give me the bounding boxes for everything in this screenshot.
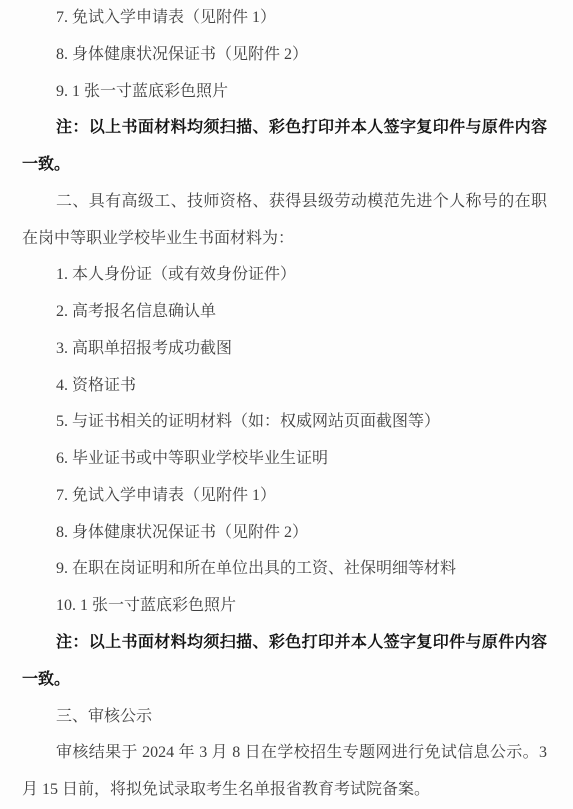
section-heading-3: 三、审核公示 (22, 699, 547, 736)
note-line-2: 注：以上书面材料均须扫描、彩色打印并本人签字复印件与原件内容 (22, 625, 547, 662)
note-line-2-continued: 一致。 (22, 662, 547, 699)
note-line-1-continued: 一致。 (22, 147, 547, 184)
sec2-item-5: 5. 与证书相关的证明材料（如：权威网站页面截图等） (22, 404, 547, 441)
document-page: 7. 免试入学申请表（见附件 1） 8. 身体健康状况保证书（见附件 2） 9.… (0, 0, 573, 809)
section-heading-2: 二、具有高级工、技师资格、获得县级劳动模范先进个人称号的在职 (22, 184, 547, 221)
sec2-item-8: 8. 身体健康状况保证书（见附件 2） (22, 515, 547, 552)
review-paragraph-line-2: 月 15 日前，将拟免试录取考生名单报省教育考试院备案。 (22, 772, 547, 809)
sec1-item-7: 7. 免试入学申请表（见附件 1） (22, 0, 547, 37)
sec2-item-1: 1. 本人身份证（或有效身份证件） (22, 257, 547, 294)
note-line-1: 注：以上书面材料均须扫描、彩色打印并本人签字复印件与原件内容 (22, 110, 547, 147)
sec2-item-3: 3. 高职单招报考成功截图 (22, 331, 547, 368)
sec1-item-9: 9. 1 张一寸蓝底彩色照片 (22, 74, 547, 111)
section-heading-2-continued: 在岗中等职业学校毕业生书面材料为： (22, 221, 547, 258)
sec1-item-8: 8. 身体健康状况保证书（见附件 2） (22, 37, 547, 74)
sec2-item-4: 4. 资格证书 (22, 368, 547, 405)
review-paragraph-line-1: 审核结果于 2024 年 3 月 8 日在学校招生专题网进行免试信息公示。3 (22, 735, 547, 772)
sec2-item-2: 2. 高考报名信息确认单 (22, 294, 547, 331)
sec2-item-7: 7. 免试入学申请表（见附件 1） (22, 478, 547, 515)
sec2-item-10: 10. 1 张一寸蓝底彩色照片 (22, 588, 547, 625)
sec2-item-6: 6. 毕业证书或中等职业学校毕业生证明 (22, 441, 547, 478)
sec2-item-9: 9. 在职在岗证明和所在单位出具的工资、社保明细等材料 (22, 551, 547, 588)
